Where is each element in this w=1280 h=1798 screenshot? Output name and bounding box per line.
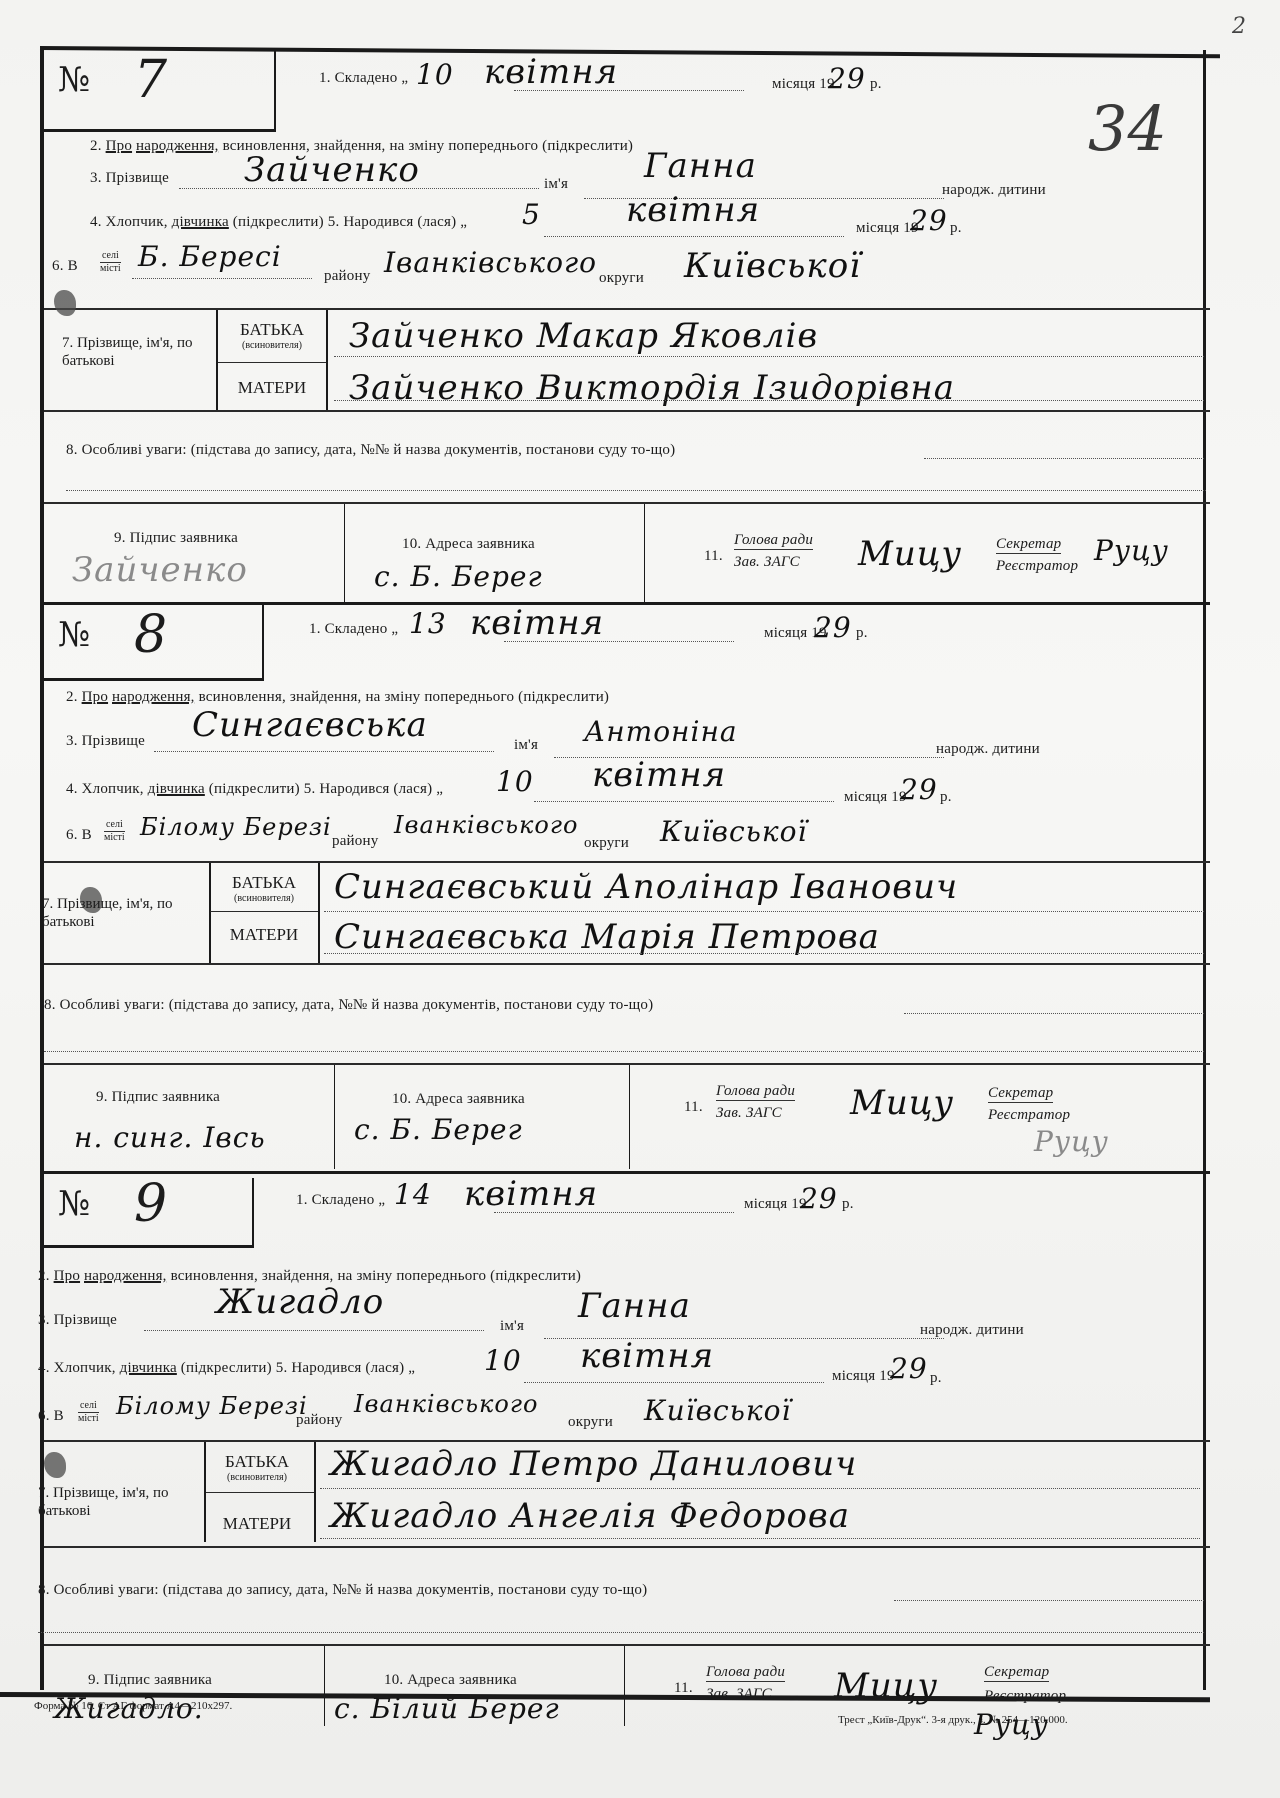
year-suffix: р. <box>940 789 952 806</box>
record-type-label: 2. Про народження, всиновлення, знайденн… <box>66 689 609 706</box>
born-month-label: місяця 19 <box>844 789 907 806</box>
place-label: 6. В <box>52 258 78 275</box>
okruha-name: Київської <box>644 1394 791 1427</box>
number-sign: № <box>58 615 90 655</box>
mother-label: МАТЕРИ <box>222 378 322 398</box>
mother-label: МАТЕРИ <box>212 925 316 945</box>
sex-label: 4. Хлопчик, дівчинка (підкреслити) 5. На… <box>66 781 443 798</box>
district-label: району <box>332 833 378 850</box>
mother-label: МАТЕРИ <box>204 1514 310 1534</box>
mother-name: Сингаєвська Марія Петрова <box>334 917 880 957</box>
born-day: 5 <box>522 198 541 231</box>
head-council-label: Голова ради <box>734 532 813 550</box>
record-number: 9 <box>134 1174 167 1234</box>
born-day: 10 <box>484 1344 522 1377</box>
applicant-signature: н. синг. Івсь <box>74 1121 266 1154</box>
mother-name: Зайченко Виктордія Ізидорівна <box>349 368 955 408</box>
mother-name: Жигадло Ангелія Федорова <box>330 1496 850 1536</box>
head-signature: Мицу <box>850 1083 954 1123</box>
surname-label: 3. Прізвище <box>90 170 169 187</box>
applicant-signature-label: 9. Підпис заявника <box>114 530 238 547</box>
born-year: 29 <box>900 773 938 806</box>
secretary-label: Секретар <box>996 536 1061 554</box>
birth-register-form: № 7 1. Складено „ 10 квітня місяця 19 29… <box>40 50 1206 1690</box>
head-council-label: Голова ради <box>716 1083 795 1101</box>
registrar-signature: Руцу <box>1094 534 1169 567</box>
applicant-address: с. Б. Берег <box>374 560 543 593</box>
village-name: Б. Бересі <box>138 240 282 273</box>
composed-label: 1. Складено „ <box>309 621 398 638</box>
officials-number: 11. <box>684 1099 703 1116</box>
composed-year: 29 <box>828 62 866 95</box>
footer-form-info: Форма № 16. Ст АГ формат А4—210х297. <box>34 1700 232 1712</box>
special-notes-label: 8. Особливі уваги: (підстава до запису, … <box>44 997 653 1014</box>
composed-year: 29 <box>800 1182 838 1215</box>
father-label: БАТЬКА (всиновителя) <box>222 320 322 351</box>
applicant-address: с. Б. Берег <box>354 1113 523 1146</box>
secretary-label: Секретар <box>988 1085 1053 1103</box>
record-9: № 9 1. Складено „ 14 квітня місяця 19 29… <box>44 1178 1210 1693</box>
head-council-label: Голова ради <box>706 1664 785 1682</box>
registrar-label: Реєстратор <box>988 1107 1070 1124</box>
special-notes-label: 8. Особливі уваги: (підстава до запису, … <box>66 442 675 459</box>
composed-month-label: місяця 19 <box>772 76 835 93</box>
father-label: БАТЬКА (всиновителя) <box>204 1452 310 1483</box>
head-zags-label: Зав. ЗАГС <box>716 1105 782 1122</box>
head-signature: Мицу <box>858 534 962 574</box>
year-suffix: р. <box>856 625 868 642</box>
child-name: Ганна <box>644 146 757 186</box>
name-label: ім'я <box>544 176 568 193</box>
place-label: 6. В <box>66 827 92 844</box>
okruha-label: округи <box>599 270 644 287</box>
father-name: Зайченко Макар Яковлів <box>349 316 818 356</box>
composed-month: квітня <box>484 52 618 92</box>
number-sign: № <box>58 1184 90 1224</box>
composed-month: квітня <box>464 1174 598 1214</box>
record-number-box: № 7 <box>44 50 276 132</box>
name-label: ім'я <box>500 1318 524 1335</box>
officials-number: 11. <box>704 548 723 565</box>
applicant-address-label: 10. Адреса заявника <box>392 1091 525 1108</box>
child-suffix-label: народж. дитини <box>942 182 1046 199</box>
record-number-box: № 9 <box>44 1178 254 1248</box>
child-name: Антоніна <box>584 715 738 748</box>
village-city-label: селімісті <box>78 1400 99 1425</box>
year-suffix: р. <box>950 220 962 237</box>
child-suffix-label: народж. дитини <box>936 741 1040 758</box>
composed-day: 13 <box>409 607 447 640</box>
applicant-signature-label: 9. Підпис заявника <box>88 1672 212 1689</box>
composed-day: 10 <box>416 58 454 91</box>
village-city-label: селімісті <box>104 819 125 844</box>
surname-label: 3. Прізвище <box>38 1312 117 1329</box>
ink-stain <box>44 1452 66 1478</box>
record-number: 7 <box>134 50 167 110</box>
parents-label: 7. Прізвище, ім'я, по батькові <box>62 334 212 370</box>
surname-label: 3. Прізвище <box>66 733 145 750</box>
born-month: квітня <box>626 190 760 230</box>
born-year: 29 <box>890 1352 928 1385</box>
place-label: 6. В <box>38 1408 64 1425</box>
village-name: Білому Березі <box>140 813 332 841</box>
footer-printer-info: Трест „Київ-Друк“. 3-я друк., з. № 254—1… <box>838 1714 1068 1726</box>
sex-label: 4. Хлопчик, дівчинка (підкреслити) 5. На… <box>90 214 467 231</box>
applicant-address-label: 10. Адреса заявника <box>384 1672 517 1689</box>
number-sign: № <box>58 60 90 100</box>
father-name: Жигадло Петро Данилович <box>330 1444 857 1484</box>
born-month: квітня <box>592 755 726 795</box>
page-number-note: 2 <box>1232 14 1246 39</box>
scanned-page: 2 34 № 7 1. Складено „ 10 квітня місяця … <box>0 0 1280 1798</box>
father-label: БАТЬКА (всиновителя) <box>212 873 316 904</box>
registrar-label: Реєстратор <box>996 558 1078 575</box>
okruha-label: округи <box>584 835 629 852</box>
parents-label: 7. Прізвище, ім'я, по батькові <box>38 1484 188 1520</box>
child-surname: Сингаєвська <box>192 705 428 745</box>
child-surname: Зайченко <box>244 150 420 190</box>
head-zags-label: Зав. ЗАГС <box>734 554 800 571</box>
composed-month: квітня <box>470 603 604 643</box>
composed-year: 29 <box>814 611 852 644</box>
child-name: Ганна <box>578 1286 691 1326</box>
district-name: Іванківського <box>354 1390 538 1418</box>
parents-label: 7. Прізвище, ім'я, по батькові <box>42 895 192 931</box>
applicant-signature-label: 9. Підпис заявника <box>96 1089 220 1106</box>
district-name: Іванківського <box>394 811 578 839</box>
sex-label: 4. Хлопчик, дівчинка (підкреслити) 5. На… <box>38 1360 415 1377</box>
composed-month-label: місяця 19 <box>744 1196 807 1213</box>
special-notes-label: 8. Особливі уваги: (підстава до запису, … <box>38 1582 647 1599</box>
registrar-signature: Руцу <box>1034 1125 1109 1158</box>
village-city-label: селімісті <box>100 250 121 275</box>
year-suffix: р. <box>870 76 882 93</box>
district-label: району <box>296 1412 342 1429</box>
born-month: квітня <box>580 1336 714 1376</box>
name-label: ім'я <box>514 737 538 754</box>
record-7: № 7 1. Складено „ 10 квітня місяця 19 29… <box>44 50 1210 605</box>
year-suffix: р. <box>842 1196 854 1213</box>
year-suffix: р. <box>930 1370 942 1387</box>
record-number-box: № 8 <box>44 605 264 681</box>
village-name: Білому Березі <box>116 1392 308 1420</box>
okruha-name: Київської <box>684 246 861 286</box>
composed-day: 14 <box>394 1178 432 1211</box>
record-number: 8 <box>134 605 167 665</box>
born-month-label: місяця 19 <box>832 1368 895 1385</box>
composed-label: 1. Складено „ <box>296 1192 385 1209</box>
child-suffix-label: народж. дитини <box>920 1322 1024 1339</box>
born-year: 29 <box>910 204 948 237</box>
child-surname: Жигадло <box>216 1282 384 1322</box>
secretary-label: Секретар <box>984 1664 1049 1682</box>
applicant-signature: Зайченко <box>72 550 248 590</box>
composed-label: 1. Складено „ <box>319 70 408 87</box>
record-8: № 8 1. Складено „ 13 квітня місяця 19 29… <box>44 605 1210 1172</box>
okruha-name: Київської <box>660 815 807 848</box>
district-name: Іванківського <box>384 246 597 279</box>
district-label: району <box>324 268 370 285</box>
father-name: Сингаєвський Аполінар Іванович <box>334 867 958 907</box>
ink-stain <box>54 290 76 316</box>
applicant-address-label: 10. Адреса заявника <box>402 536 535 553</box>
okruha-label: округи <box>568 1414 613 1431</box>
born-day: 10 <box>496 765 534 798</box>
